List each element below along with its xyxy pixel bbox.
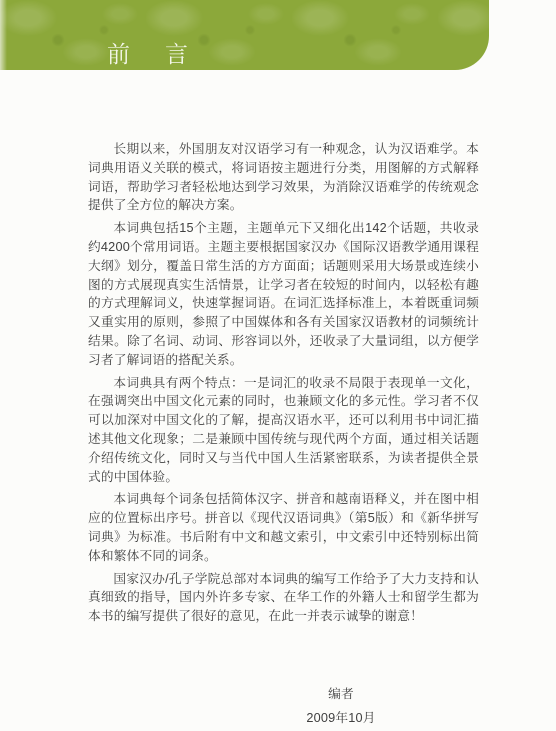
paragraph-entries: 本词典每个词条包括简体汉字、拼音和越南语释义，并在图中相应的位置标出序号。拼音以… [88, 490, 479, 565]
preface-text: 长期以来，外国朋友对汉语学习有一种观念，认为汉语难学。本词典用语义关联的模式，将… [88, 140, 479, 730]
preface-page: 前 言 长期以来，外国朋友对汉语学习有一种观念，认为汉语难学。本词典用语义关联的… [0, 0, 556, 731]
header-band: 前 言 [0, 0, 489, 70]
page-title: 前 言 [107, 36, 194, 69]
paragraph-intro: 长期以来，外国朋友对汉语学习有一种观念，认为汉语难学。本词典用语义关联的模式，将… [88, 140, 479, 215]
paragraph-acknowledgements: 国家汉办/孔子学院总部对本词典的编写工作给予了大力支持和认真细致的指导，国内外许… [88, 570, 479, 626]
page-scan-edge [0, 0, 7, 70]
paragraph-topics: 本词典包括15个主题，主题单元下又细化出142个话题，共收录约4200个常用词语… [88, 219, 479, 369]
signature-author: 编者 [281, 682, 401, 706]
signature-block: 编者 2009年10月 [281, 682, 401, 730]
paragraph-features: 本词典具有两个特点：一是词汇的收录不局限于表现单一文化，在强调突出中国文化元素的… [88, 374, 479, 487]
signature-date: 2009年10月 [281, 706, 401, 730]
